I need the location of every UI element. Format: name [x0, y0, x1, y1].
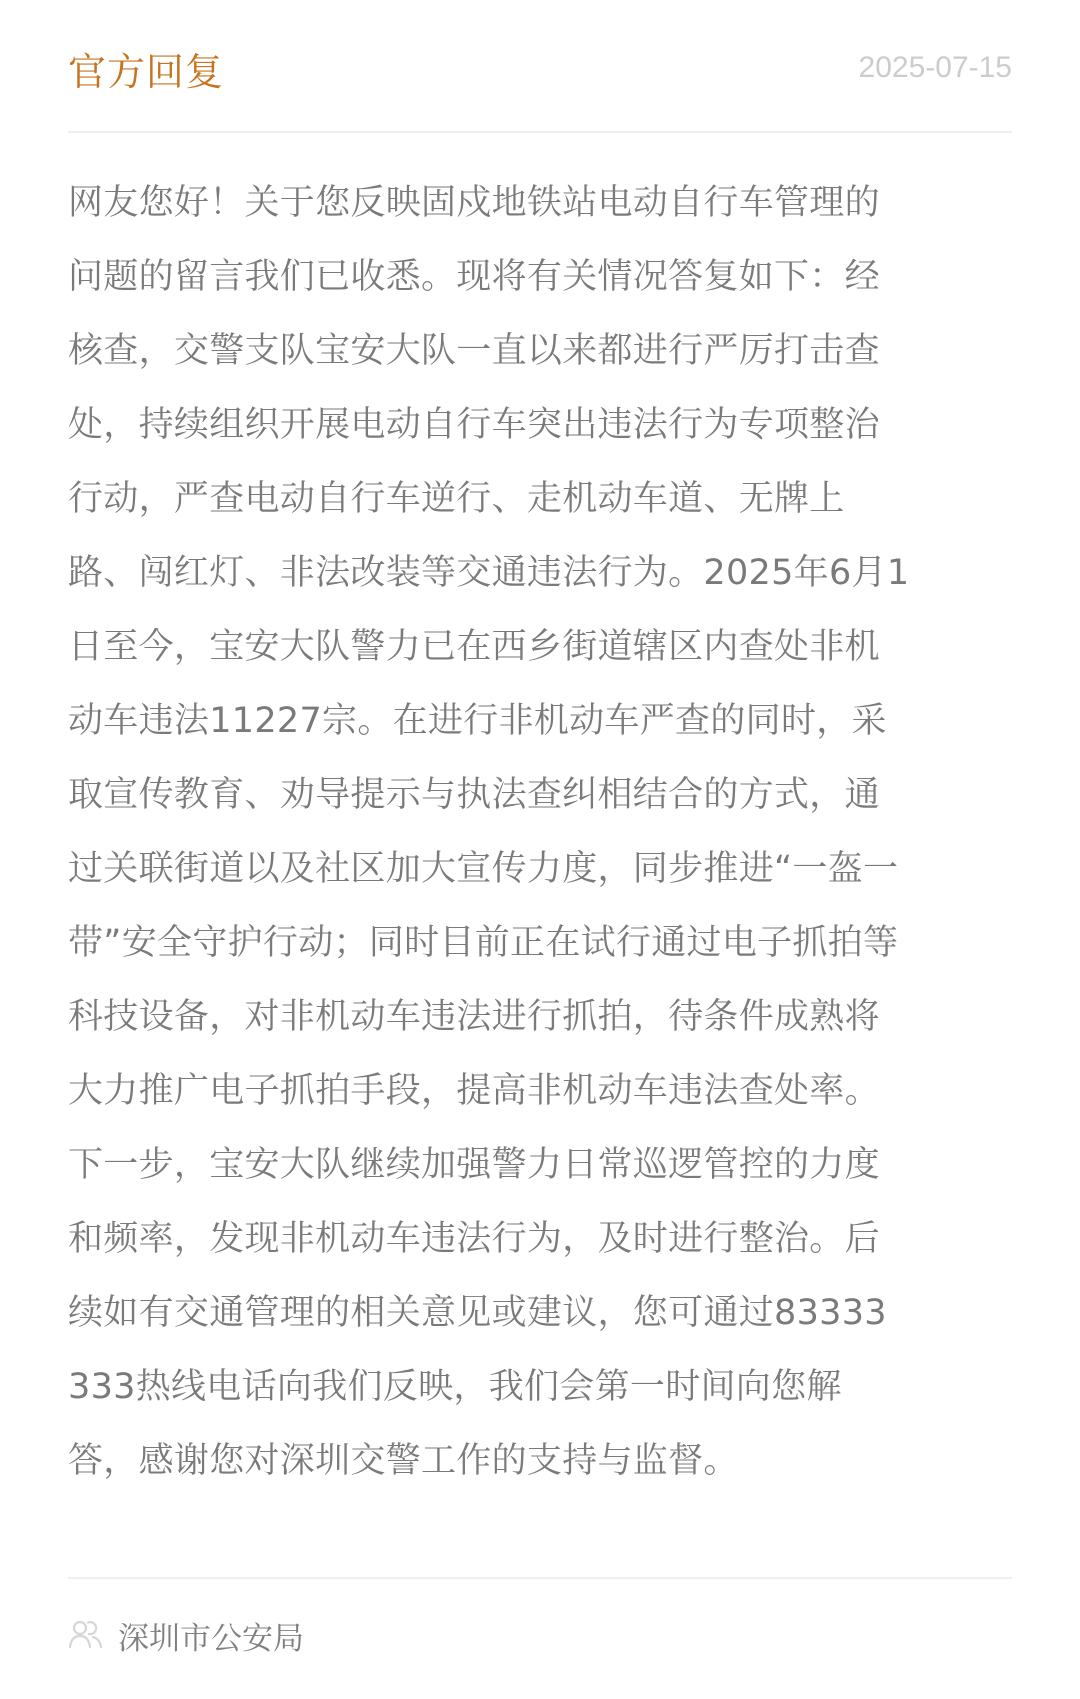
reply-line: 下一步，宝安大队继续加强警力日常巡逻管控的力度	[68, 1128, 1028, 1202]
reply-line: 路、闯红灯、非法改装等交通违法行为。2025年6月1	[68, 536, 1028, 610]
reply-line: 答，感谢您对深圳交警工作的支持与监督。	[68, 1424, 1028, 1498]
reply-line: 核查，交警支队宝安大队一直以来都进行严厉打击查	[68, 314, 1028, 388]
reply-line: 333热线电话向我们反映，我们会第一时间向您解	[68, 1350, 1028, 1424]
reply-title: 官方回复	[68, 41, 224, 96]
reply-line: 过关联街道以及社区加大宣传力度，同步推进“一盔一	[68, 832, 1028, 906]
reply-line: 网友您好！关于您反映固戍地铁站电动自行车管理的	[68, 166, 1028, 240]
reply-line: 带”安全守护行动；同时目前正在试行通过电子抓拍等	[68, 906, 1028, 980]
reply-date: 2025-07-15	[859, 51, 1012, 85]
reply-header: 官方回复 2025-07-15	[68, 40, 1012, 96]
reply-line: 问题的留言我们已收悉。现将有关情况答复如下：经	[68, 240, 1028, 314]
reply-line: 科技设备，对非机动车违法进行抓拍，待条件成熟将	[68, 980, 1028, 1054]
reply-line: 大力推广电子抓拍手段，提高非机动车违法查处率。	[68, 1054, 1028, 1128]
reply-line: 动车违法11227宗。在进行非机动车严查的同时，采	[68, 684, 1028, 758]
reply-body: 网友您好！关于您反映固戍地铁站电动自行车管理的 问题的留言我们已收悉。现将有关情…	[68, 166, 1028, 1498]
reply-line: 日至今，宝安大队警力已在西乡街道辖区内查处非机	[68, 610, 1028, 684]
users-icon	[68, 1619, 104, 1651]
header-divider	[68, 131, 1012, 133]
reply-line: 行动，严查电动自行车逆行、走机动车道、无牌上	[68, 462, 1028, 536]
footer-divider	[68, 1577, 1012, 1579]
reply-line: 续如有交通管理的相关意见或建议，您可通过83333	[68, 1276, 1028, 1350]
reply-line: 处，持续组织开展电动自行车突出违法行为专项整治	[68, 388, 1028, 462]
reply-line: 取宣传教育、劝导提示与执法查纠相结合的方式，通	[68, 758, 1028, 832]
reply-footer: 深圳市公安局	[68, 1610, 304, 1660]
organization-name: 深圳市公安局	[118, 1613, 304, 1658]
reply-line: 和频率，发现非机动车违法行为，及时进行整治。后	[68, 1202, 1028, 1276]
